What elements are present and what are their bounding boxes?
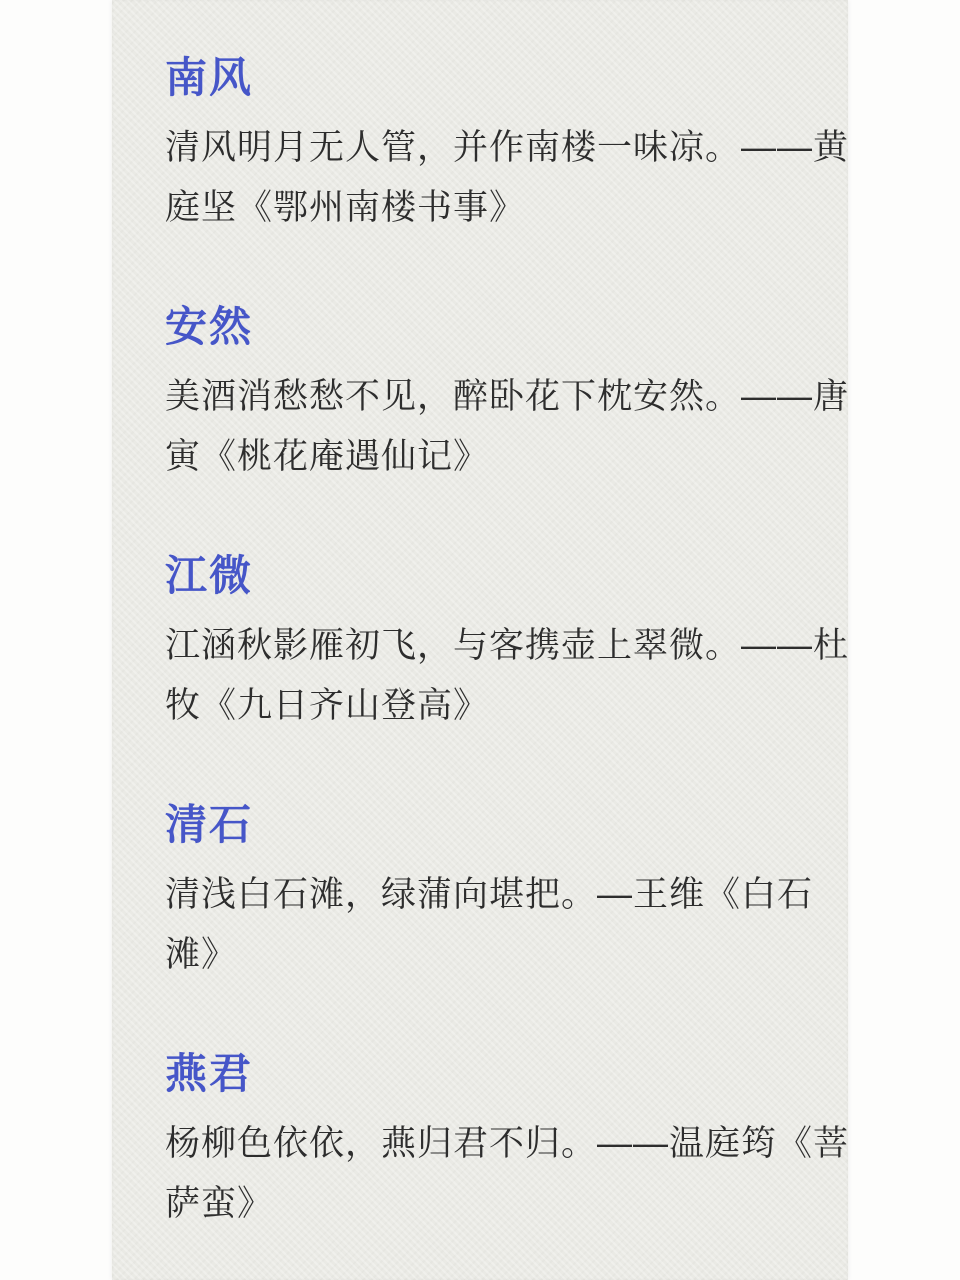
quote: 清风明月无人管，并作南楼一味凉。——黄 庭坚《鄂州南楼书事》 xyxy=(165,118,810,238)
word-title: 江微 xyxy=(165,554,810,598)
quote-line: 滩》 xyxy=(165,925,810,985)
quote-line: 寅《桃花庵遇仙记》 xyxy=(165,427,810,487)
quote: 江涵秋影雁初飞，与客携壶上翠微。——杜 牧《九日齐山登高》 xyxy=(165,616,810,736)
word-section: 南风 清风明月无人管，并作南楼一味凉。——黄 庭坚《鄂州南楼书事》 xyxy=(165,56,810,238)
word-title: 安然 xyxy=(165,305,810,349)
quote-line: 清浅白石滩，绿蒲向堪把。—王维《白石 xyxy=(165,865,810,925)
word-title: 清石 xyxy=(165,803,810,847)
word-title: 燕君 xyxy=(165,1052,810,1096)
word-section: 江微 江涵秋影雁初飞，与客携壶上翠微。——杜 牧《九日齐山登高》 xyxy=(165,554,810,736)
word-section: 燕君 杨柳色依依，燕归君不归。——温庭筠《菩 萨蛮》 xyxy=(165,1052,810,1234)
word-title: 南风 xyxy=(165,56,810,100)
quote-line: 美酒消愁愁不见，醉卧花下枕安然。——唐 xyxy=(165,367,810,427)
quote-line: 江涵秋影雁初飞，与客携壶上翠微。——杜 xyxy=(165,616,810,676)
quote: 清浅白石滩，绿蒲向堪把。—王维《白石 滩》 xyxy=(165,865,810,985)
quote-line: 清风明月无人管，并作南楼一味凉。——黄 xyxy=(165,118,810,178)
paper-panel: 南风 清风明月无人管，并作南楼一味凉。——黄 庭坚《鄂州南楼书事》 安然 美酒消… xyxy=(112,0,848,1280)
word-section: 清石 清浅白石滩，绿蒲向堪把。—王维《白石 滩》 xyxy=(165,803,810,985)
quote-line: 牧《九日齐山登高》 xyxy=(165,676,810,736)
quote: 美酒消愁愁不见，醉卧花下枕安然。——唐 寅《桃花庵遇仙记》 xyxy=(165,367,810,487)
word-section: 安然 美酒消愁愁不见，醉卧花下枕安然。——唐 寅《桃花庵遇仙记》 xyxy=(165,305,810,487)
quote-line: 萨蛮》 xyxy=(165,1174,810,1234)
quote: 杨柳色依依，燕归君不归。——温庭筠《菩 萨蛮》 xyxy=(165,1114,810,1234)
quote-line: 庭坚《鄂州南楼书事》 xyxy=(165,178,810,238)
quote-line: 杨柳色依依，燕归君不归。——温庭筠《菩 xyxy=(165,1114,810,1174)
